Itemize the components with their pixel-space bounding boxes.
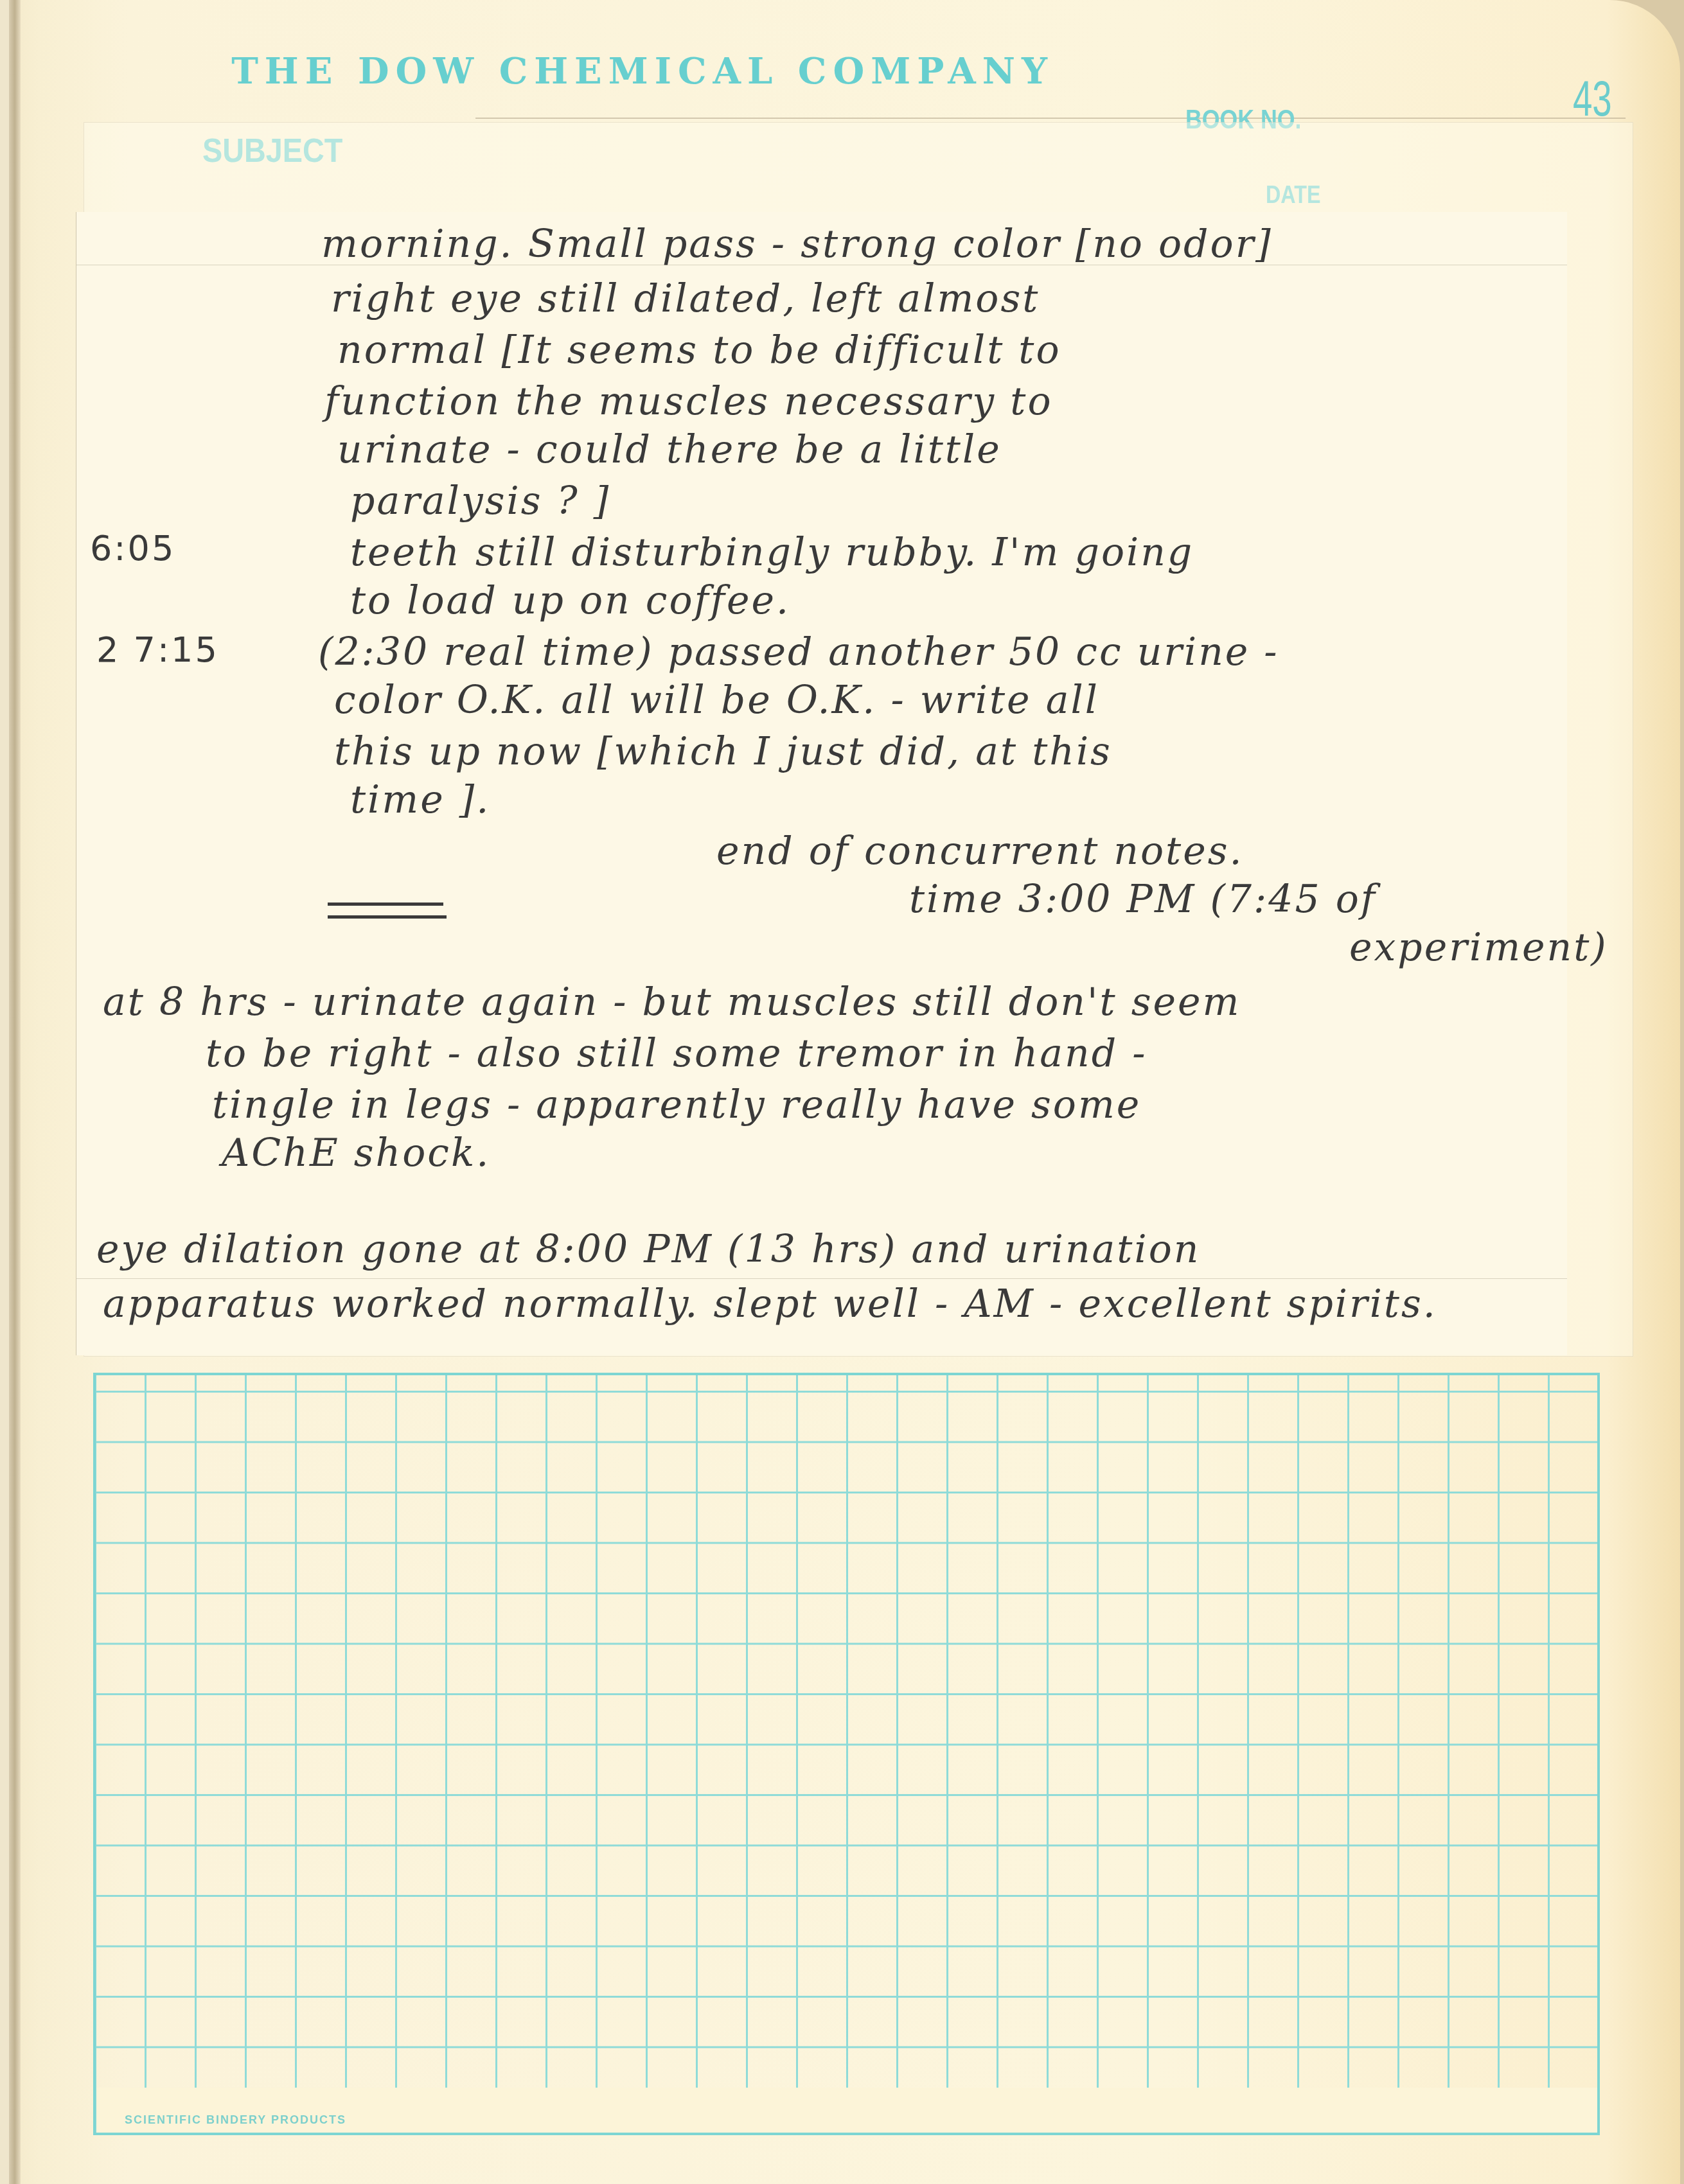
followup-line: to be right - also still some tremor in … xyxy=(206,1031,1147,1076)
note-line: morning. Small pass - strong color [no o… xyxy=(321,222,1273,267)
note-line: (2:30 real time) passed another 50 cc ur… xyxy=(318,630,1279,674)
timestamp: 6:05 xyxy=(90,528,175,568)
header-rule xyxy=(475,118,1626,119)
final-line: apparatus worked normally. slept well - … xyxy=(103,1281,1437,1326)
followup-line: at 8 hrs - urinate again - but muscles s… xyxy=(103,980,1241,1025)
double-rule xyxy=(328,903,443,906)
binding-spine xyxy=(9,0,21,2184)
final-line: eye dilation gone at 8:00 PM (13 hrs) an… xyxy=(96,1227,1200,1272)
followup-line: tingle in legs - apparently really have … xyxy=(212,1082,1141,1127)
followup-line: AChE shock. xyxy=(222,1131,490,1176)
note-line: time ]. xyxy=(350,777,490,822)
note-line: normal [It seems to be difficult to xyxy=(337,328,1061,373)
end-marker: end of concurrent notes. xyxy=(716,829,1244,874)
note-line: right eye still dilated, left almost xyxy=(331,276,1040,321)
note-line: urinate - could there be a little xyxy=(337,427,1002,472)
note-line: to load up on coffee. xyxy=(350,578,790,623)
graph-grid xyxy=(93,1373,1600,2135)
page-number: 43 xyxy=(1573,69,1612,128)
notebook-page: THE DOW CHEMICAL COMPANY 43 BOOK NO. SUB… xyxy=(0,0,1680,2184)
binding-edge xyxy=(0,0,9,2184)
end-time-cont: experiment) xyxy=(1349,925,1608,970)
note-line: function the muscles necessary to xyxy=(324,379,1053,424)
end-time: time 3:00 PM (7:45 of xyxy=(909,877,1377,922)
sheet-rule xyxy=(76,1278,1567,1279)
note-line: teeth still disturbingly rubby. I'm goin… xyxy=(350,530,1194,575)
company-header: THE DOW CHEMICAL COMPANY xyxy=(0,50,1285,92)
note-line: paralysis ? ] xyxy=(350,479,610,524)
bindery-label: SCIENTIFIC BINDERY PRODUCTS xyxy=(122,2113,349,2127)
note-line: this up now [which I just did, at this xyxy=(334,729,1112,774)
double-rule xyxy=(328,915,447,919)
note-line: color O.K. all will be O.K. - write all xyxy=(334,678,1099,723)
timestamp: 2 7:15 xyxy=(96,630,219,670)
